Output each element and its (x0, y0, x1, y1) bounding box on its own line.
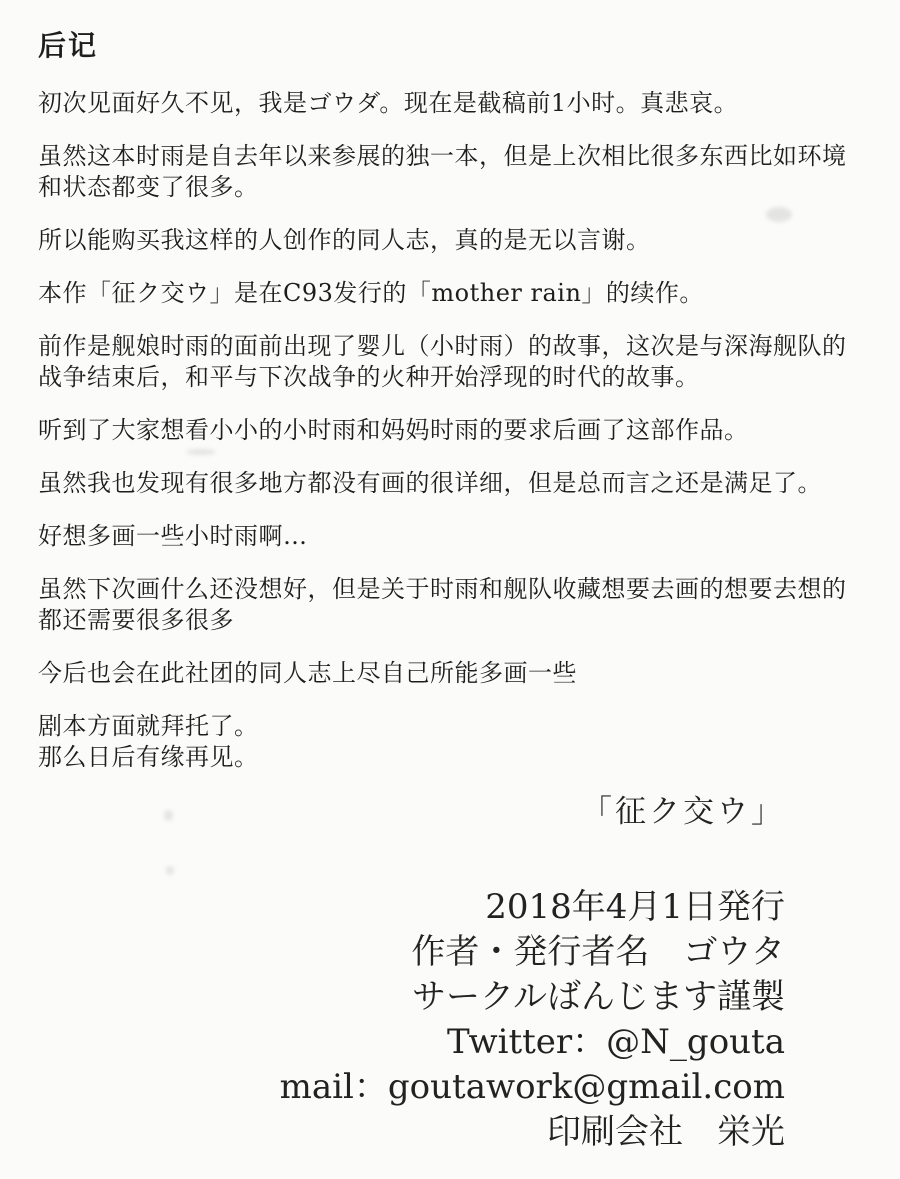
paragraph: 虽然下次画什么还没想好，但是关于时雨和舰队收藏想要去画的想要去想的都还需要很多很… (38, 574, 855, 636)
page-title: 后记 (38, 28, 855, 64)
paragraph: 虽然我也发现有很多地方都没有画的很详细，但是总而言之还是满足了。 (38, 468, 855, 499)
scan-smudge (166, 866, 174, 875)
colophon-author: 作者・発行者名 ゴウタ (38, 930, 785, 975)
colophon-circle: サークルばんじます謹製 (38, 975, 785, 1020)
paragraph: 初次见面好久不见，我是ゴウダ。现在是截稿前1小时。真悲哀。 (38, 88, 855, 119)
paragraph: 今后也会在此社团的同人志上尽自己所能多画一些 (38, 658, 855, 689)
paragraph: 本作「征ク交ウ」是在C93发行的「mother rain」的续作。 (38, 278, 855, 309)
work-title: 「征ク交ウ」 (38, 795, 855, 829)
colophon-mail: mail：goutawork@gmail.com (38, 1065, 785, 1110)
paragraph: 虽然这本时雨是自去年以来参展的独一本，但是上次相比很多东西比如环境和状态都变了很… (38, 141, 855, 203)
paragraph: 听到了大家想看小小的小时雨和妈妈时雨的要求后画了这部作品。 (38, 415, 855, 446)
colophon-twitter: Twitter：@N_gouta (38, 1020, 785, 1065)
colophon: 2018年4月1日発行 作者・発行者名 ゴウタ サークルばんじます謹製 Twit… (38, 885, 855, 1155)
paragraph: 剧本方面就拜托了。 那么日后有缘再见。 (38, 711, 855, 773)
paragraph: 好想多画一些小时雨啊… (38, 521, 855, 552)
afterword-body: 初次见面好久不见，我是ゴウダ。现在是截稿前1小时。真悲哀。 虽然这本时雨是自去年… (38, 88, 855, 773)
paragraph: 前作是舰娘时雨的面前出现了婴儿（小时雨）的故事，这次是与深海舰队的战争结束后，和… (38, 331, 855, 393)
colophon-date: 2018年4月1日発行 (38, 885, 785, 930)
paragraph: 所以能购买我这样的人创作的同人志，真的是无以言谢。 (38, 225, 855, 256)
afterword-page: 后记 初次见面好久不见，我是ゴウダ。现在是截稿前1小时。真悲哀。 虽然这本时雨是… (0, 0, 900, 1179)
colophon-printer: 印刷会社 栄光 (38, 1110, 785, 1155)
